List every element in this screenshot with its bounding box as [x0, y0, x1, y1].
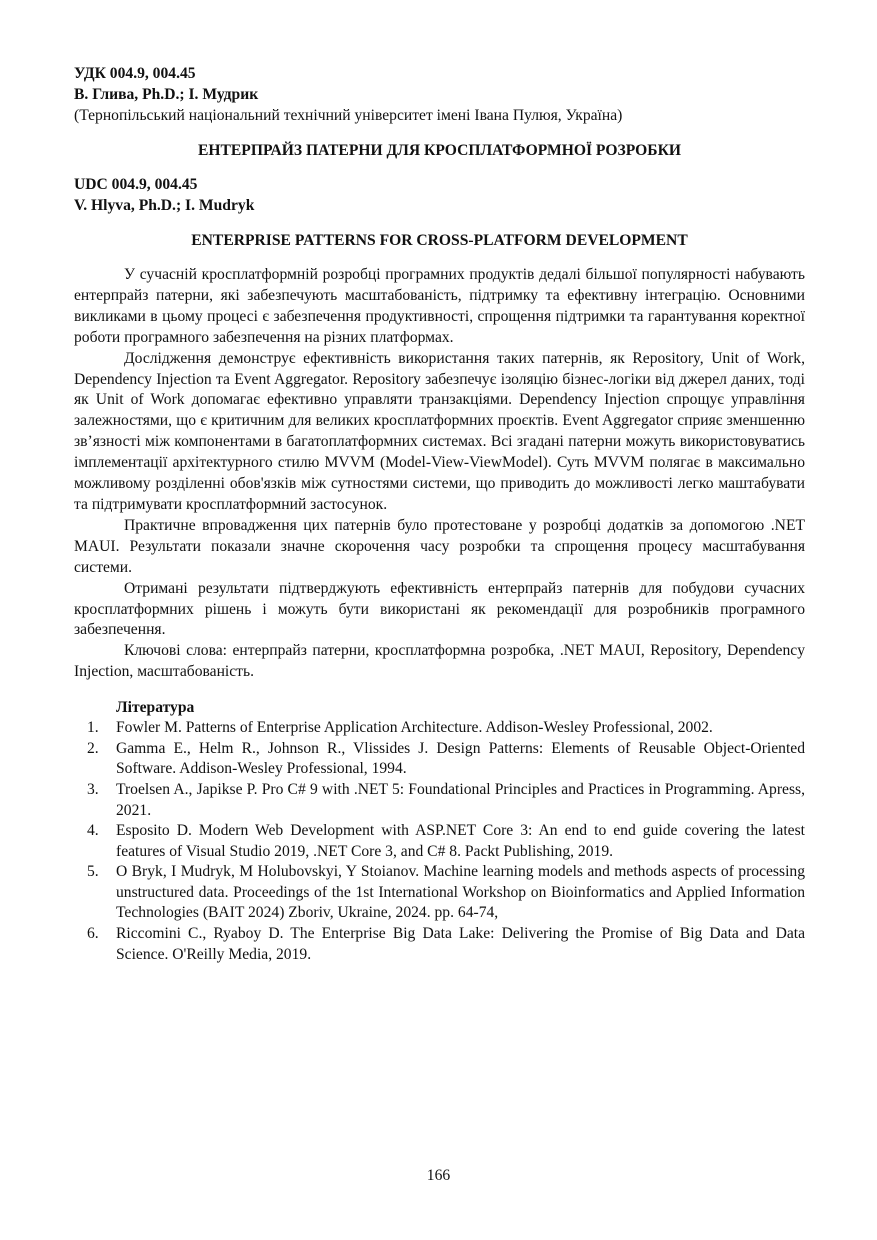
reference-item: 6.Riccomini C., Ryaboy D. The Enterprise…	[116, 924, 805, 965]
paper-title-en: ENTERPRISE PATTERNS FOR CROSS-PLATFORM D…	[74, 230, 805, 251]
keywords-paragraph: Ключові слова: ентерпрайз патерни, кросп…	[74, 641, 805, 683]
reference-text: Riccomini C., Ryaboy D. The Enterprise B…	[116, 924, 805, 965]
reference-text: O Bryk, I Mudryk, M Holubovskyi, Y Stoia…	[116, 862, 805, 924]
reference-item: 4.Esposito D. Modern Web Development wit…	[116, 821, 805, 862]
abstract-body: У сучасній кросплатформній розробці прог…	[74, 265, 805, 683]
reference-item: 3.Troelsen A., Japikse P. Pro C# 9 with …	[116, 780, 805, 821]
paragraph: У сучасній кросплатформній розробці прог…	[74, 265, 805, 349]
reference-text: Fowler M. Patterns of Enterprise Applica…	[116, 718, 805, 739]
references-list: 1.Fowler M. Patterns of Enterprise Appli…	[74, 718, 805, 965]
udc-code-en: UDC 004.9, 004.45	[74, 174, 805, 195]
reference-text: Esposito D. Modern Web Development with …	[116, 821, 805, 862]
reference-text: Gamma E., Helm R., Johnson R., Vlissides…	[116, 739, 805, 780]
paragraph: Отримані результати підтверджують ефекти…	[74, 579, 805, 642]
references-heading: Література	[74, 697, 805, 718]
header-ukrainian: УДК 004.9, 004.45 В. Глива, Ph.D.; І. Му…	[74, 63, 805, 161]
authors-en: V. Hlyva, Ph.D.; I. Mudryk	[74, 195, 805, 216]
header-english: UDC 004.9, 004.45 V. Hlyva, Ph.D.; I. Mu…	[74, 174, 805, 251]
reference-number: 4.	[87, 821, 111, 842]
paragraph: Дослідження демонструє ефективність вико…	[74, 349, 805, 516]
reference-number: 1.	[87, 718, 111, 739]
page-number: 166	[0, 1167, 877, 1185]
affiliation: (Тернопільський національний технічний у…	[74, 105, 805, 126]
udc-code-ua: УДК 004.9, 004.45	[74, 63, 805, 84]
reference-number: 6.	[87, 924, 111, 945]
reference-item: 5.O Bryk, I Mudryk, M Holubovskyi, Y Sto…	[116, 862, 805, 924]
reference-item: 2.Gamma E., Helm R., Johnson R., Vlissid…	[116, 739, 805, 780]
reference-number: 2.	[87, 739, 111, 760]
document-page: УДК 004.9, 004.45 В. Глива, Ph.D.; І. Му…	[74, 63, 805, 965]
reference-text: Troelsen A., Japikse P. Pro C# 9 with .N…	[116, 780, 805, 821]
authors-ua: В. Глива, Ph.D.; І. Мудрик	[74, 84, 805, 105]
reference-item: 1.Fowler M. Patterns of Enterprise Appli…	[116, 718, 805, 739]
paper-title-ua: ЕНТЕРПРАЙЗ ПАТЕРНИ ДЛЯ КРОСПЛАТФОРМНОЇ Р…	[74, 140, 805, 161]
reference-number: 3.	[87, 780, 111, 801]
paragraph: Практичне впровадження цих патернів було…	[74, 516, 805, 579]
reference-number: 5.	[87, 862, 111, 883]
